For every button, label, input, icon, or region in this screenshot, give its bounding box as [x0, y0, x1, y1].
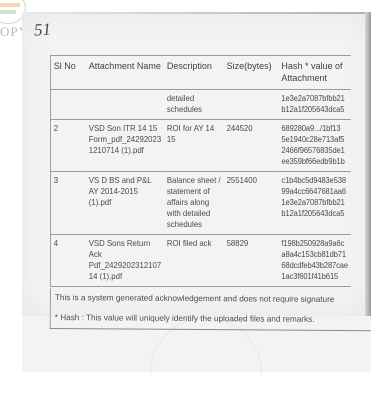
cell-size: [224, 90, 279, 120]
hash-line: a8a4c153cb81db71: [281, 249, 348, 260]
cell-sl-no: [50, 90, 85, 120]
hash-footnote: * Hash : This value will uniquely identi…: [51, 304, 371, 326]
hash-line: 689280a9.../1bf13: [281, 123, 348, 134]
header-description: Description: [164, 56, 224, 90]
cell-attachment-name: VSD Sons Return Ack Pdf_2429202312107 14…: [86, 235, 164, 287]
header-size: Size(bytes): [224, 56, 279, 90]
hash-line: 1ac3f601f41b615: [281, 271, 348, 282]
cell-description: detailed schedules: [164, 90, 224, 120]
hash-line: f198b250928a9a6c: [281, 238, 348, 249]
table-row: detailed schedules 1e3e2a7087bfbb21 b12a…: [50, 90, 350, 120]
cell-attachment-name: VSD Son ITR 14 15 Form_pdf_24292023 1210…: [86, 120, 164, 172]
emblem-stripe-saffron: [0, 3, 20, 7]
cell-attachment-name: VS D BS and P&L AY 2014-2015 (1).pdf: [86, 172, 164, 235]
header-sl-no: Sl No: [50, 56, 85, 90]
page-top-edge: [25, 12, 369, 14]
attachments-table: Sl No Attachment Name Description Size(b…: [50, 55, 351, 287]
hash-line: b12a1f205643dca5: [281, 104, 348, 115]
table-row: 4 VSD Sons Return Ack Pdf_2429202312107 …: [50, 235, 350, 287]
cell-description: Balance sheet / statement of affairs alo…: [164, 172, 224, 235]
cell-sl-no: 4: [50, 235, 85, 287]
cell-hash: c1b4bc5d9483e538 99a4cc6647681aa6 1e3e2a…: [279, 172, 351, 235]
hash-line: 68dcdfeb43b287cae: [281, 260, 348, 271]
hash-line: 99a4cc6647681aa6: [281, 186, 348, 197]
cell-hash: f198b250928a9a6c a8a4c153cb81db71 68dcdf…: [279, 235, 351, 287]
hash-line: b12a1f205643dca5: [281, 208, 348, 219]
footer-notes: This is a system generated acknowledgeme…: [50, 288, 371, 331]
table-row: 2 VSD Son ITR 14 15 Form_pdf_24292023 12…: [50, 120, 350, 172]
cell-description: ROI for AY 14 15: [164, 120, 224, 172]
table-header-row: Sl No Attachment Name Description Size(b…: [50, 56, 350, 90]
header-hash: Hash * value of Attachment: [279, 56, 351, 90]
hash-line: 2466f96576835de1: [281, 145, 348, 156]
cell-attachment-name: [86, 90, 164, 120]
page-right-edge: [365, 12, 371, 316]
cell-size: 2551400: [224, 172, 279, 235]
cell-sl-no: 3: [50, 172, 85, 235]
table-row: 3 VS D BS and P&L AY 2014-2015 (1).pdf B…: [50, 172, 350, 235]
system-generated-note: This is a system generated acknowledgeme…: [51, 288, 371, 306]
cell-description: ROI filed ack: [164, 235, 224, 287]
cell-hash: 1e3e2a7087bfbb21 b12a1f205643dca5: [279, 90, 351, 120]
cell-sl-no: 2: [50, 120, 85, 172]
hash-line: 1e3e2a7087bfbb21: [281, 93, 348, 104]
hash-line: ee359bf66edb9b1b: [281, 156, 348, 167]
header-attachment-name: Attachment Name: [86, 56, 164, 90]
emblem-stripe-green: [0, 10, 16, 14]
cell-size: 244520: [224, 120, 279, 172]
cell-size: 58829: [224, 235, 279, 287]
handwritten-page-number: 51: [33, 19, 51, 40]
hash-line: 1e3e2a7087bfbb21: [281, 197, 348, 208]
hash-line: c1b4bc5d9483e538: [281, 175, 348, 186]
hash-line: 5e1940c28e713af5: [281, 134, 348, 145]
cell-hash: 689280a9.../1bf13 5e1940c28e713af5 2466f…: [279, 120, 351, 172]
